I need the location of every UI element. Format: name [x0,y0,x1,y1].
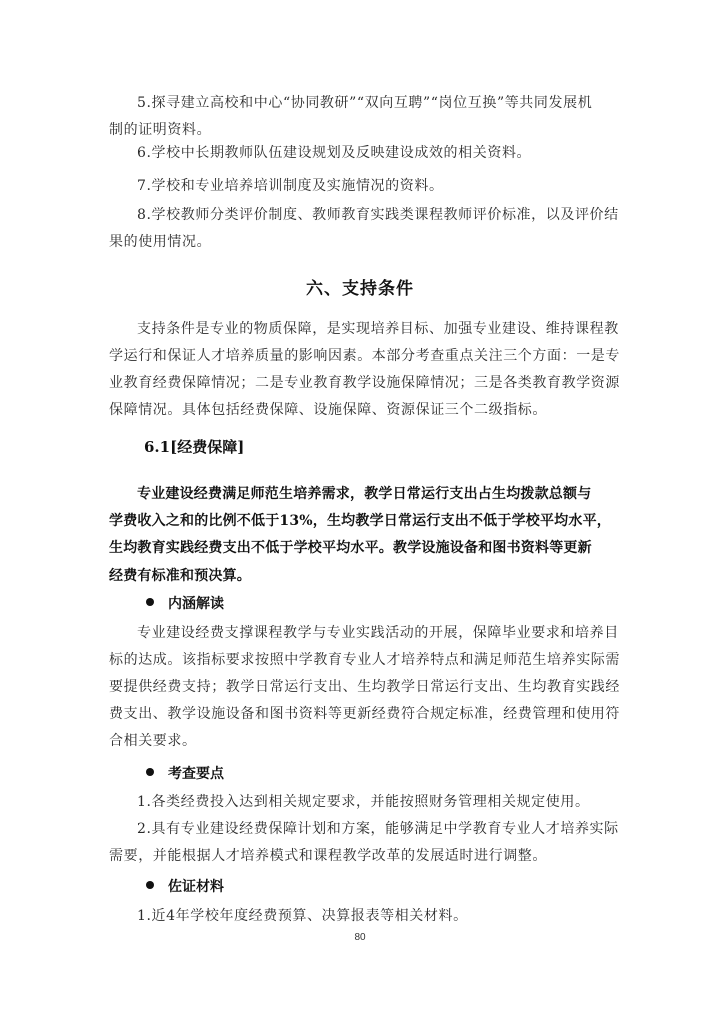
key-point-line: 2.具有专业建设经费保障计划和方案，能够满足中学教育专业人才培养实际 [137,819,657,839]
bullet-dot-icon [146,768,154,776]
connotation-line: 费支出、教学设施设备和图书资料等更新经费符合规定标准，经费管理和使用符 [109,704,629,724]
evidence-line: 1.近4年学校年度经费预算、决算报表等相关材料。 [137,906,657,926]
bullet-evidence: 佐证材料 [146,877,224,897]
intro-line: 业教育经费保障情况；二是专业教育教学设施保障情况；三是各类教育教学资源 [109,373,629,393]
bullet-dot-icon [146,598,154,606]
connotation-line: 要提供经费支持；教学日常运行支出、生均教学日常运行支出、生均教育实践经 [109,677,629,697]
intro-line: 支持条件是专业的物质保障，是实现培养目标、加强专业建设、维持课程教 [137,319,657,339]
standard-line: 生均教育实践经费支出不低于学校平均水平。教学设施设备和图书资料等更新 [109,538,629,558]
connotation-line: 合相关要求。 [109,731,629,751]
key-point-line: 1.各类经费投入达到相关规定要求，并能按照财务管理相关规定使用。 [137,792,657,812]
standard-line: 经费有标准和预决算。 [109,566,629,586]
connotation-line: 专业建设经费支撑课程教学与专业实践活动的开展，保障毕业要求和培养目 [137,623,657,643]
list-item: 5.探寻建立高校和中心“协同教研”“双向互聘”“岗位互换”等共同发展机 [137,93,657,113]
standard-line: 学费收入之和的比例不低于13%，生均教学日常运行支出不低于学校平均水平， [109,511,629,531]
intro-line: 学运行和保证人才培养质量的影响因素。本部分考查重点关注三个方面：一是专 [109,346,629,366]
standard-line: 专业建设经费满足师范生培养需求，教学日常运行支出占生均拨款总额与 [137,484,657,504]
bullet-connotation: 内涵解读 [146,594,224,614]
subsection-title: 6.1[经费保障] [144,436,244,457]
bullet-key-points: 考查要点 [146,764,224,784]
list-item-continuation: 制的证明资料。 [109,120,629,140]
intro-line: 保障情况。具体包括经费保障、设施保障、资源保证三个二级指标。 [109,400,629,420]
key-point-line: 需要，并能根据人才培养模式和课程教学改革的发展适时进行调整。 [109,846,629,866]
list-item: 6.学校中长期教师队伍建设规划及反映建设成效的相关资料。 [137,143,657,163]
page-number: 80 [0,932,720,943]
document-page: 5.探寻建立高校和中心“协同教研”“双向互聘”“岗位互换”等共同发展机 制的证明… [0,0,720,1018]
section-title: 六、支持条件 [0,274,720,299]
list-item-continuation: 果的使用情况。 [109,232,629,252]
list-item: 7.学校和专业培养培训制度及实施情况的资料。 [137,176,657,196]
list-item: 8.学校教师分类评价制度、教师教育实践类课程教师评价标准，以及评价结 [137,205,657,225]
bullet-dot-icon [146,881,154,889]
connotation-line: 标的达成。该指标要求按照中学教育专业人才培养特点和满足师范生培养实际需 [109,650,629,670]
